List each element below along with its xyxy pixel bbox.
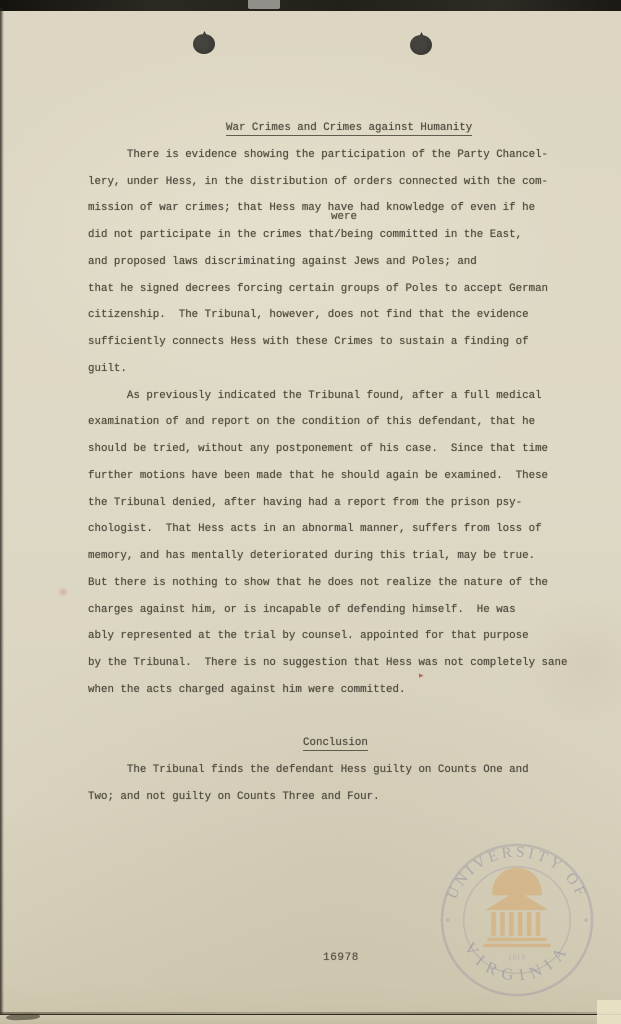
punch-hole-right <box>410 32 432 54</box>
page-number: 16978 <box>323 952 359 964</box>
section-heading: War Crimes and Crimes against Humanity <box>226 122 472 136</box>
typed-line: memory, and has mentally deteriorated du… <box>88 543 588 570</box>
typed-line: There is evidence showing the participat… <box>88 142 588 169</box>
seal-year: 1819 <box>508 955 526 962</box>
typed-line: that he signed decrees forcing certain g… <box>88 276 588 303</box>
seal-side-dot <box>584 918 588 922</box>
typed-line: lery, under Hess, in the distribution of… <box>88 169 588 196</box>
section-heading-line: Conclusion <box>88 730 588 757</box>
scan-left-edge <box>0 8 4 1024</box>
typed-line: further motions have been made that he s… <box>88 463 588 490</box>
blank-line <box>88 704 588 731</box>
section-heading: Conclusion <box>303 737 368 751</box>
typed-line: the Tribunal denied, after having had a … <box>88 490 588 517</box>
typed-line: chologist. That Hess acts in an abnormal… <box>88 516 588 543</box>
typed-line: But there is nothing to show that he doe… <box>88 570 588 597</box>
typed-line: examination of and report on the conditi… <box>88 409 588 436</box>
seal-side-dot <box>446 918 450 922</box>
typed-line: sufficiently connects Hess with these Cr… <box>88 329 588 356</box>
rotunda-icon <box>483 868 550 947</box>
typed-line: As previously indicated the Tribunal fou… <box>88 383 588 410</box>
punch-hole-disc <box>193 34 215 54</box>
typed-line: citizenship. The Tribunal, however, does… <box>88 302 588 329</box>
typed-line: guilt. <box>88 356 588 383</box>
typed-line: The Tribunal finds the defendant Hess gu… <box>88 757 588 784</box>
typed-line: should be tried, without any postponemen… <box>88 436 588 463</box>
typed-line: and proposed laws discriminating against… <box>88 249 588 276</box>
bottom-right-patch <box>597 1000 621 1024</box>
scan-top-edge <box>0 0 621 11</box>
typed-line: by the Tribunal. There is no suggestion … <box>88 650 588 677</box>
typed-line: charges against him, or is incapable of … <box>88 597 588 624</box>
under-page-strip <box>0 1015 621 1024</box>
typed-line: when the acts charged against him were c… <box>88 677 588 704</box>
section-heading-line: War Crimes and Crimes against Humanity <box>88 115 588 142</box>
insertion-word: were <box>331 210 357 224</box>
typed-line: Two; and not guilty on Counts Three and … <box>88 784 588 811</box>
proofreader-mark: ▸ <box>419 671 424 681</box>
university-of-virginia-seal-watermark: UNIVERSITY OF VIRGINIA 1819 <box>438 841 596 999</box>
binder-tab <box>248 0 280 9</box>
punch-hole-disc <box>410 35 432 55</box>
typed-line: did not participate in the crimes that/b… <box>88 222 588 249</box>
scanned-document-page: War Crimes and Crimes against Humanity T… <box>0 0 621 1024</box>
punch-hole-left <box>193 31 215 53</box>
typed-line: ably represented at the trial by counsel… <box>88 623 588 650</box>
